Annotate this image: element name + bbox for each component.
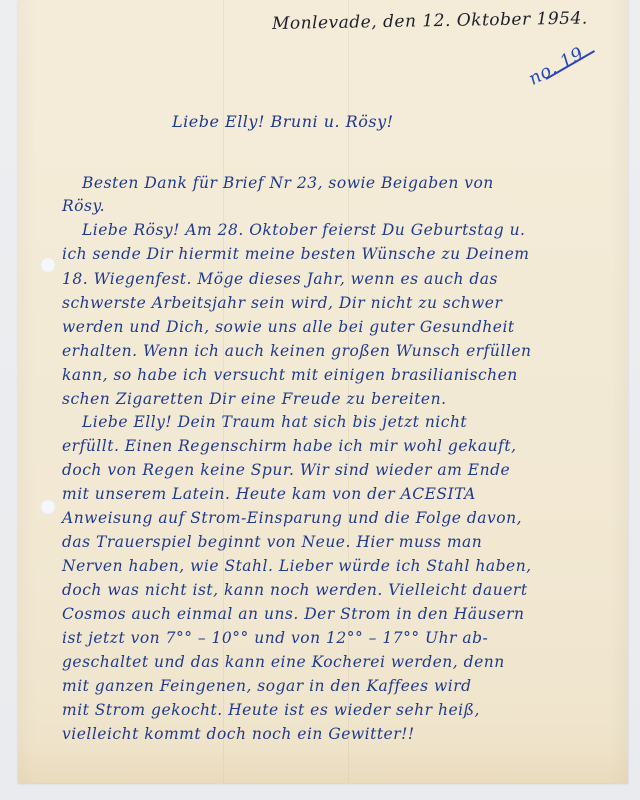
letter-line: erfüllt. Einen Regenschirm habe ich mir …: [62, 437, 517, 455]
letter-line: doch von Regen keine Spur. Wir sind wied…: [62, 461, 510, 479]
letter-line: erhalten. Wenn ich auch keinen großen Wu…: [62, 342, 531, 360]
letter-line: geschaltet und das kann eine Kocherei we…: [62, 653, 505, 671]
letter-line: Nerven haben, wie Stahl. Lieber würde ic…: [62, 557, 532, 575]
letter-line: mit Strom gekocht. Heute ist es wieder s…: [62, 701, 480, 719]
letter-line: mit unserem Latein. Heute kam von der AC…: [62, 485, 476, 503]
letter-line: ist jetzt von 7°° – 10°° und von 12°° – …: [62, 629, 488, 647]
letter-line: Besten Dank für Brief Nr 23, sowie Beiga…: [82, 174, 494, 192]
letter-line: schwerste Arbeitsjahr sein wird, Dir nic…: [62, 294, 502, 312]
letter-line: Liebe Elly! Dein Traum hat sich bis jetz…: [82, 413, 467, 431]
letter-line: ich sende Dir hiermit meine besten Wünsc…: [62, 245, 529, 263]
letter-line: Liebe Rösy! Am 28. Oktober feierst Du Ge…: [82, 221, 525, 239]
letter-line: Cosmos auch einmal an uns. Der Strom in …: [62, 605, 525, 623]
letter-line: das Trauerspiel beginnt von Neue. Hier m…: [62, 533, 482, 551]
paper-stain: [18, 743, 628, 783]
letter-line: vielleicht kommt doch noch ein Gewitter!…: [62, 725, 415, 743]
letter-line: Rösy.: [62, 197, 105, 215]
letter-line: doch was nicht ist, kann noch werden. Vi…: [62, 581, 528, 599]
punch-hole: [40, 257, 56, 273]
letter-line: schen Zigaretten Dir eine Freude zu bere…: [62, 390, 447, 408]
letter-line: kann, so habe ich versucht mit einigen b…: [62, 366, 518, 384]
letter-line: Anweisung auf Strom-Einsparung und die F…: [62, 509, 522, 527]
letter-line: 18. Wiegenfest. Möge dieses Jahr, wenn e…: [62, 270, 498, 288]
letter-line: werden und Dich, sowie uns alle bei gute…: [62, 318, 515, 336]
punch-hole: [40, 499, 56, 515]
letter-line: mit ganzen Feingenen, sogar in den Kaffe…: [62, 677, 472, 695]
salutation: Liebe Elly! Bruni u. Rösy!: [172, 112, 394, 131]
